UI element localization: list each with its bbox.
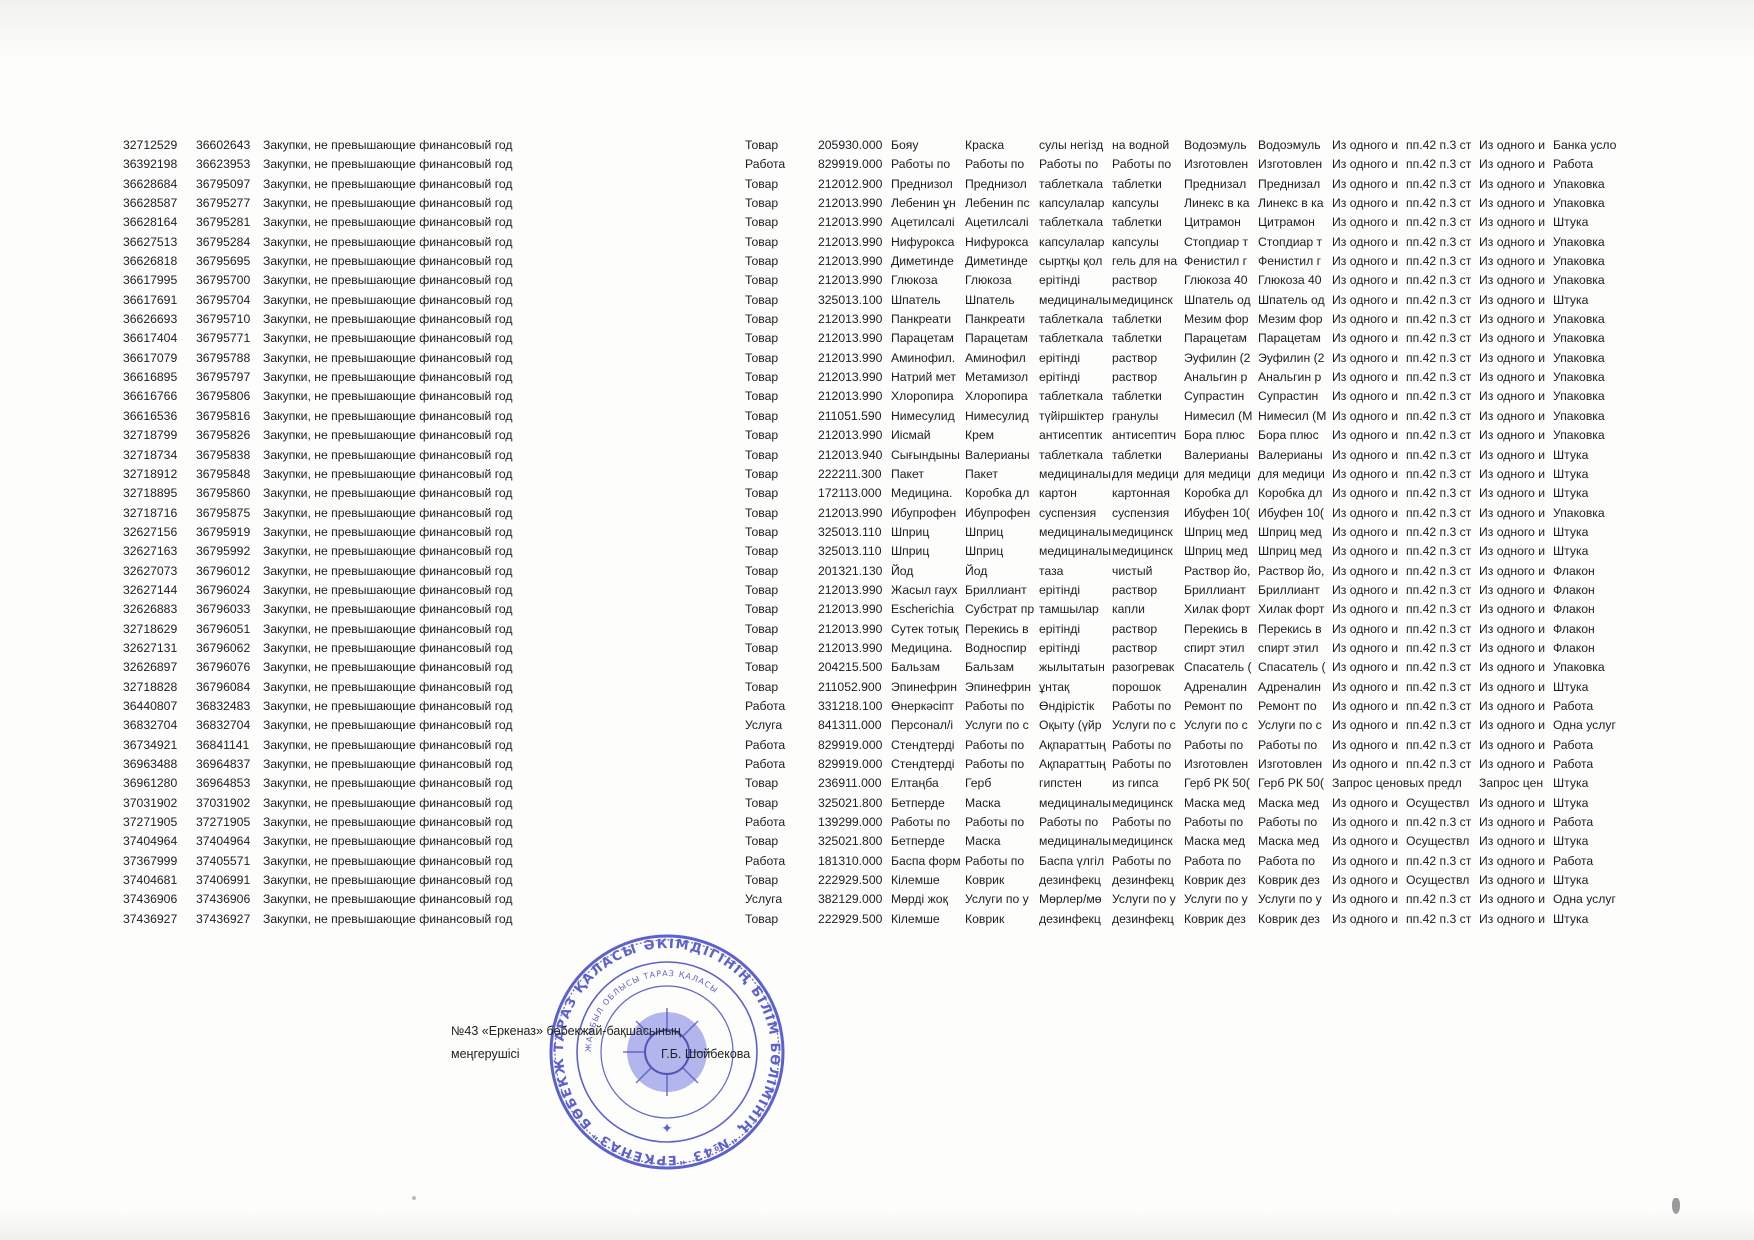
procurement-method-cell: Из одного и <box>1332 620 1405 639</box>
purchase-description-cell: Закупки, не превышающие финансовый год <box>263 620 563 639</box>
purchase-description-cell: Закупки, не превышающие финансовый год <box>263 639 563 658</box>
legal-basis-cell: пп.42 п.3 ст <box>1406 368 1478 387</box>
plan-id-cell: 36795700 <box>196 271 262 290</box>
characteristic-ru-cell: раствор <box>1112 581 1184 600</box>
unit-of-measure-cell: Одна услуг <box>1553 890 1673 909</box>
ktru-code-cell: 212013.990 <box>818 600 890 619</box>
extra-description-kz-cell: Маска мед <box>1184 832 1257 851</box>
extra-description-ru-cell: Изготовлен <box>1258 755 1331 774</box>
name-ru-cell: Эпинефрин <box>965 678 1038 697</box>
procurement-method-2-cell: Из одного и <box>1479 523 1552 542</box>
table-row: 3271252936602643Закупки, не превышающие … <box>0 136 1754 155</box>
extra-description-kz-cell: Работы по <box>1184 736 1257 755</box>
procurement-method-cell: Из одного и <box>1332 639 1405 658</box>
lot-id-cell: 36617404 <box>123 329 193 348</box>
plan-id-cell: 36795788 <box>196 349 262 368</box>
plan-id-cell: 37436927 <box>196 910 262 929</box>
extra-description-ru-cell: Эуфилин (2 <box>1258 349 1331 368</box>
characteristic-ru-cell: таблетки <box>1112 329 1184 348</box>
lot-id-cell: 32627156 <box>123 523 193 542</box>
table-row: 3271873436795838Закупки, не превышающие … <box>0 446 1754 465</box>
ktru-code-cell: 172113.000 <box>818 484 890 503</box>
plan-id-cell: 36795695 <box>196 252 262 271</box>
characteristic-ru-cell: капли <box>1112 600 1184 619</box>
unit-of-measure-cell: Штука <box>1553 832 1673 851</box>
unit-of-measure-cell: Штука <box>1553 484 1673 503</box>
characteristic-kz-cell: түйіршіктер <box>1039 407 1111 426</box>
plan-id-cell: 36795704 <box>196 291 262 310</box>
lot-id-cell: 36963488 <box>123 755 193 774</box>
name-kz-cell: Стендтерді <box>891 755 964 774</box>
ktru-code-cell: 211051.590 <box>818 407 890 426</box>
name-kz-cell: Бояу <box>891 136 964 155</box>
signature-block: №43 «Еркеназ» бөбекжай-бақшасының меңгер… <box>451 1020 750 1066</box>
ktru-code-cell: 325013.110 <box>818 542 890 561</box>
purchase-description-cell: Закупки, не превышающие финансовый год <box>263 794 563 813</box>
procurement-method-cell: Из одного и <box>1332 581 1405 600</box>
characteristic-ru-cell: капсулы <box>1112 194 1184 213</box>
unit-of-measure-cell: Упаковка <box>1553 310 1673 329</box>
extra-description-kz-cell: Преднизал <box>1184 175 1257 194</box>
characteristic-ru-cell: Услуги по с <box>1112 716 1184 735</box>
procurement-method-cell: Из одного и <box>1332 484 1405 503</box>
ktru-code-cell: 212013.990 <box>818 639 890 658</box>
extra-description-ru-cell: Маска мед <box>1258 832 1331 851</box>
procurement-method-2-cell: Из одного и <box>1479 871 1552 890</box>
name-ru-cell: Метамизол <box>965 368 1038 387</box>
ktru-code-cell: 212013.990 <box>818 233 890 252</box>
extra-description-ru-cell: Мезим фор <box>1258 310 1331 329</box>
ktru-code-cell: 212013.990 <box>818 368 890 387</box>
characteristic-ru-cell: медицинск <box>1112 291 1184 310</box>
lot-id-cell: 36617691 <box>123 291 193 310</box>
legal-basis-cell: пп.42 п.3 ст <box>1406 600 1478 619</box>
item-type-cell: Товар <box>745 407 815 426</box>
name-kz-cell: Парацетам <box>891 329 964 348</box>
plan-id-cell: 36795710 <box>196 310 262 329</box>
name-ru-cell: Коврик <box>965 871 1038 890</box>
plan-id-cell: 36964837 <box>196 755 262 774</box>
extra-description-kz-cell: Раствор йо, <box>1184 562 1257 581</box>
legal-basis-cell: пп.42 п.3 ст <box>1406 639 1478 658</box>
procurement-method-cell: Запрос ценовых предл <box>1332 774 1478 793</box>
characteristic-ru-cell: таблетки <box>1112 310 1184 329</box>
purchase-description-cell: Закупки, не превышающие финансовый год <box>263 523 563 542</box>
extra-description-ru-cell: Коробка дл <box>1258 484 1331 503</box>
item-type-cell: Товар <box>745 620 815 639</box>
extra-description-ru-cell: спирт этил <box>1258 639 1331 658</box>
name-ru-cell: Парацетам <box>965 329 1038 348</box>
ktru-code-cell: 222929.500 <box>818 910 890 929</box>
characteristic-kz-cell: ерітінді <box>1039 349 1111 368</box>
name-kz-cell: Панкреати <box>891 310 964 329</box>
procurement-method-cell: Из одного и <box>1332 407 1405 426</box>
plan-id-cell: 36795281 <box>196 213 262 232</box>
characteristic-ru-cell: чистый <box>1112 562 1184 581</box>
plan-id-cell: 36795838 <box>196 446 262 465</box>
scan-edge-top <box>0 0 1754 60</box>
lot-id-cell: 32626883 <box>123 600 193 619</box>
table-row: 3727190537271905Закупки, не превышающие … <box>0 813 1754 832</box>
procurement-method-2-cell: Из одного и <box>1479 426 1552 445</box>
extra-description-kz-cell: Услуги по у <box>1184 890 1257 909</box>
procurement-method-cell: Из одного и <box>1332 368 1405 387</box>
name-ru-cell: Услуги по с <box>965 716 1038 735</box>
table-row: 3661799536795700Закупки, не превышающие … <box>0 271 1754 290</box>
unit-of-measure-cell: Штука <box>1553 213 1673 232</box>
table-row: 3644080736832483Закупки, не превышающие … <box>0 697 1754 716</box>
name-kz-cell: Персонал/і <box>891 716 964 735</box>
unit-of-measure-cell: Штука <box>1553 465 1673 484</box>
name-ru-cell: Работы по <box>965 736 1038 755</box>
characteristic-ru-cell: таблетки <box>1112 213 1184 232</box>
unit-of-measure-cell: Упаковка <box>1553 426 1673 445</box>
legal-basis-cell: пп.42 п.3 ст <box>1406 813 1478 832</box>
ktru-code-cell: 212013.990 <box>818 329 890 348</box>
name-kz-cell: Нимесулид <box>891 407 964 426</box>
table-row: 3740496437404964Закупки, не превышающие … <box>0 832 1754 851</box>
svg-text:✦: ✦ <box>661 1120 673 1136</box>
item-type-cell: Товар <box>745 387 815 406</box>
procurement-method-cell: Из одного и <box>1332 852 1405 871</box>
characteristic-ru-cell: суспензия <box>1112 504 1184 523</box>
procurement-method-2-cell: Из одного и <box>1479 562 1552 581</box>
plan-id-cell: 36795860 <box>196 484 262 503</box>
lot-id-cell: 32627073 <box>123 562 193 581</box>
purchase-description-cell: Закупки, не превышающие финансовый год <box>263 678 563 697</box>
purchase-description-cell: Закупки, не превышающие финансовый год <box>263 426 563 445</box>
legal-basis-cell: пп.42 п.3 ст <box>1406 271 1478 290</box>
extra-description-ru-cell: Шпатель од <box>1258 291 1331 310</box>
name-ru-cell: Маска <box>965 832 1038 851</box>
extra-description-kz-cell: Бриллиант <box>1184 581 1257 600</box>
characteristic-kz-cell: дезинфекц <box>1039 871 1111 890</box>
characteristic-ru-cell: раствор <box>1112 620 1184 639</box>
item-type-cell: Товар <box>745 581 815 600</box>
procurement-method-cell: Из одного и <box>1332 446 1405 465</box>
extra-description-kz-cell: Анальгин р <box>1184 368 1257 387</box>
lot-id-cell: 36628587 <box>123 194 193 213</box>
unit-of-measure-cell: Штука <box>1553 446 1673 465</box>
purchase-description-cell: Закупки, не превышающие финансовый год <box>263 407 563 426</box>
table-row: 3683270436832704Закупки, не превышающие … <box>0 716 1754 735</box>
legal-basis-cell: Осуществл <box>1406 832 1478 851</box>
plan-id-cell: 36796012 <box>196 562 262 581</box>
plan-id-cell: 36795284 <box>196 233 262 252</box>
characteristic-kz-cell: дезинфекц <box>1039 910 1111 929</box>
table-row: 3661676636795806Закупки, не превышающие … <box>0 387 1754 406</box>
name-ru-cell: Работы по <box>965 852 1038 871</box>
plan-id-cell: 37271905 <box>196 813 262 832</box>
lot-id-cell: 37404964 <box>123 832 193 851</box>
name-ru-cell: Нифурокса <box>965 233 1038 252</box>
characteristic-ru-cell: раствор <box>1112 368 1184 387</box>
ktru-code-cell: 211052.900 <box>818 678 890 697</box>
purchase-description-cell: Закупки, не превышающие финансовый год <box>263 581 563 600</box>
characteristic-kz-cell: медициналы <box>1039 523 1111 542</box>
name-ru-cell: Субстрат пр <box>965 600 1038 619</box>
item-type-cell: Товар <box>745 504 815 523</box>
name-kz-cell: Жасыл гаух <box>891 581 964 600</box>
extra-description-ru-cell: Нимесил (М <box>1258 407 1331 426</box>
legal-basis-cell: пп.42 п.3 ст <box>1406 562 1478 581</box>
name-ru-cell: Шприц <box>965 523 1038 542</box>
lot-id-cell: 36628684 <box>123 175 193 194</box>
lot-id-cell: 36616895 <box>123 368 193 387</box>
unit-of-measure-cell: Упаковка <box>1553 368 1673 387</box>
name-kz-cell: Бетперде <box>891 832 964 851</box>
lot-id-cell: 36617995 <box>123 271 193 290</box>
item-type-cell: Товар <box>745 794 815 813</box>
characteristic-ru-cell: раствор <box>1112 271 1184 290</box>
extra-description-kz-cell: Бора плюс <box>1184 426 1257 445</box>
extra-description-kz-cell: Работы по <box>1184 813 1257 832</box>
name-ru-cell: Лебенин пс <box>965 194 1038 213</box>
purchase-description-cell: Закупки, не превышающие финансовый год <box>263 890 563 909</box>
unit-of-measure-cell: Упаковка <box>1553 271 1673 290</box>
ktru-code-cell: 325013.100 <box>818 291 890 310</box>
legal-basis-cell: пп.42 п.3 ст <box>1406 504 1478 523</box>
extra-description-ru-cell: Адреналин <box>1258 678 1331 697</box>
characteristic-ru-cell: таблетки <box>1112 387 1184 406</box>
procurement-method-cell: Из одного и <box>1332 813 1405 832</box>
ktru-code-cell: 205930.000 <box>818 136 890 155</box>
legal-basis-cell: пп.42 п.3 ст <box>1406 890 1478 909</box>
unit-of-measure-cell: Упаковка <box>1553 349 1673 368</box>
characteristic-ru-cell: капсулы <box>1112 233 1184 252</box>
name-kz-cell: Нифурокса <box>891 233 964 252</box>
name-kz-cell: Шприц <box>891 542 964 561</box>
characteristic-kz-cell: капсулалар <box>1039 233 1111 252</box>
name-kz-cell: Работы по <box>891 155 964 174</box>
extra-description-ru-cell: Коврик дез <box>1258 910 1331 929</box>
characteristic-kz-cell: таблеткала <box>1039 175 1111 194</box>
ktru-code-cell: 204215.500 <box>818 658 890 677</box>
procurement-method-cell: Из одного и <box>1332 175 1405 194</box>
characteristic-kz-cell: медициналы <box>1039 465 1111 484</box>
lot-id-cell: 37367999 <box>123 852 193 871</box>
characteristic-ru-cell: раствор <box>1112 349 1184 368</box>
procurement-method-2-cell: Из одного и <box>1479 910 1552 929</box>
procurement-method-2-cell: Из одного и <box>1479 890 1552 909</box>
extra-description-ru-cell: Раствор йо, <box>1258 562 1331 581</box>
plan-id-cell: 36795771 <box>196 329 262 348</box>
procurement-method-cell: Из одного и <box>1332 465 1405 484</box>
procurement-method-cell: Из одного и <box>1332 523 1405 542</box>
procurement-method-cell: Из одного и <box>1332 349 1405 368</box>
extra-description-kz-cell: Хилак форт <box>1184 600 1257 619</box>
table-row: 3262688336796033Закупки, не превышающие … <box>0 600 1754 619</box>
item-type-cell: Товар <box>745 600 815 619</box>
legal-basis-cell: пп.42 п.3 ст <box>1406 213 1478 232</box>
table-row: 3262714436796024Закупки, не превышающие … <box>0 581 1754 600</box>
extra-description-kz-cell: спирт этил <box>1184 639 1257 658</box>
ktru-code-cell: 212013.990 <box>818 194 890 213</box>
characteristic-ru-cell: Работы по <box>1112 755 1184 774</box>
characteristic-ru-cell: Работы по <box>1112 813 1184 832</box>
extra-description-kz-cell: Спасатель ( <box>1184 658 1257 677</box>
unit-of-measure-cell: Работа <box>1553 736 1673 755</box>
extra-description-kz-cell: Фенистил г <box>1184 252 1257 271</box>
extra-description-ru-cell: Услуги по у <box>1258 890 1331 909</box>
procurement-method-cell: Из одного и <box>1332 794 1405 813</box>
item-type-cell: Товар <box>745 368 815 387</box>
legal-basis-cell: пп.42 п.3 ст <box>1406 291 1478 310</box>
purchase-description-cell: Закупки, не превышающие финансовый год <box>263 310 563 329</box>
procurement-method-2-cell: Из одного и <box>1479 600 1552 619</box>
table-row: 3661707936795788Закупки, не превышающие … <box>0 349 1754 368</box>
extra-description-kz-cell: Нимесил (М <box>1184 407 1257 426</box>
ktru-code-cell: 331218.100 <box>818 697 890 716</box>
extra-description-kz-cell: Линекс в ка <box>1184 194 1257 213</box>
characteristic-ru-cell: медицинск <box>1112 832 1184 851</box>
legal-basis-cell: Осуществл <box>1406 794 1478 813</box>
purchase-description-cell: Закупки, не превышающие финансовый год <box>263 271 563 290</box>
item-type-cell: Товар <box>745 329 815 348</box>
table-row: 3662816436795281Закупки, не превышающие … <box>0 213 1754 232</box>
legal-basis-cell: пп.42 п.3 ст <box>1406 716 1478 735</box>
purchase-description-cell: Закупки, не превышающие финансовый год <box>263 658 563 677</box>
table-row: 3271889536795860Закупки, не превышающие … <box>0 484 1754 503</box>
lot-id-cell: 37271905 <box>123 813 193 832</box>
table-row: 3662868436795097Закупки, не превышающие … <box>0 175 1754 194</box>
name-kz-cell: Бетперде <box>891 794 964 813</box>
item-type-cell: Товар <box>745 832 815 851</box>
characteristic-kz-cell: сулы негізд <box>1039 136 1111 155</box>
characteristic-kz-cell: антисептик <box>1039 426 1111 445</box>
lot-id-cell: 36627513 <box>123 233 193 252</box>
unit-of-measure-cell: Штука <box>1553 794 1673 813</box>
procurement-method-2-cell: Из одного и <box>1479 368 1552 387</box>
lot-id-cell: 36734921 <box>123 736 193 755</box>
extra-description-ru-cell: Герб РК 50( <box>1258 774 1331 793</box>
procurement-method-2-cell: Из одного и <box>1479 175 1552 194</box>
item-type-cell: Товар <box>745 252 815 271</box>
procurement-method-cell: Из одного и <box>1332 716 1405 735</box>
purchase-description-cell: Закупки, не превышающие финансовый год <box>263 697 563 716</box>
extra-description-ru-cell: Преднизал <box>1258 175 1331 194</box>
legal-basis-cell: пп.42 п.3 ст <box>1406 310 1478 329</box>
characteristic-ru-cell: Работы по <box>1112 852 1184 871</box>
procurement-method-cell: Из одного и <box>1332 504 1405 523</box>
ktru-code-cell: 212013.990 <box>818 349 890 368</box>
extra-description-ru-cell: Маска мед <box>1258 794 1331 813</box>
extra-description-kz-cell: Супрастин <box>1184 387 1257 406</box>
procurement-method-2-cell: Из одного и <box>1479 813 1552 832</box>
procurement-method-cell: Из одного и <box>1332 678 1405 697</box>
plan-id-cell: 36796084 <box>196 678 262 697</box>
extra-description-kz-cell: Изготовлен <box>1184 755 1257 774</box>
item-type-cell: Услуга <box>745 890 815 909</box>
characteristic-kz-cell: Баспа үлгіл <box>1039 852 1111 871</box>
name-ru-cell: Диметинде <box>965 252 1038 271</box>
extra-description-ru-cell: Фенистил г <box>1258 252 1331 271</box>
name-kz-cell: Шпатель <box>891 291 964 310</box>
lot-id-cell: 36626693 <box>123 310 193 329</box>
extra-description-ru-cell: Глюкоза 40 <box>1258 271 1331 290</box>
characteristic-ru-cell: Работы по <box>1112 155 1184 174</box>
procurement-method-cell: Из одного и <box>1332 736 1405 755</box>
table-row: 3736799937405571Закупки, не превышающие … <box>0 852 1754 871</box>
characteristic-kz-cell: таблеткала <box>1039 310 1111 329</box>
procurement-method-2-cell: Из одного и <box>1479 832 1552 851</box>
lot-id-cell: 32718912 <box>123 465 193 484</box>
name-ru-cell: Краска <box>965 136 1038 155</box>
procurement-method-2-cell: Из одного и <box>1479 310 1552 329</box>
purchase-description-cell: Закупки, не превышающие финансовый год <box>263 813 563 832</box>
lot-id-cell: 32718799 <box>123 426 193 445</box>
purchase-description-cell: Закупки, не превышающие финансовый год <box>263 368 563 387</box>
name-kz-cell: Аминофил. <box>891 349 964 368</box>
lot-id-cell: 32626897 <box>123 658 193 677</box>
procurement-method-cell: Из одного и <box>1332 271 1405 290</box>
name-kz-cell: Өнеркәсіпт <box>891 697 964 716</box>
characteristic-kz-cell: таблеткала <box>1039 387 1111 406</box>
purchase-description-cell: Закупки, не превышающие финансовый год <box>263 252 563 271</box>
procurement-method-cell: Из одного и <box>1332 291 1405 310</box>
procurement-method-2-cell: Из одного и <box>1479 504 1552 523</box>
procurement-method-cell: Из одного и <box>1332 910 1405 929</box>
name-kz-cell: Баспа форм <box>891 852 964 871</box>
lot-id-cell: 37436906 <box>123 890 193 909</box>
table-row: 3743692737436927Закупки, не превышающие … <box>0 910 1754 929</box>
legal-basis-cell: пп.42 п.3 ст <box>1406 755 1478 774</box>
unit-of-measure-cell: Упаковка <box>1553 329 1673 348</box>
extra-description-ru-cell: Ибуфен 10( <box>1258 504 1331 523</box>
table-row: 3271882836796084Закупки, не превышающие … <box>0 678 1754 697</box>
name-kz-cell: Эпинефрин <box>891 678 964 697</box>
characteristic-ru-cell: таблетки <box>1112 446 1184 465</box>
legal-basis-cell: пп.42 п.3 ст <box>1406 175 1478 194</box>
name-kz-cell: Кілемше <box>891 910 964 929</box>
characteristic-kz-cell: таблеткала <box>1039 329 1111 348</box>
item-type-cell: Работа <box>745 755 815 774</box>
extra-description-ru-cell: Работы по <box>1258 813 1331 832</box>
purchase-description-cell: Закупки, не превышающие финансовый год <box>263 484 563 503</box>
name-ru-cell: Бриллиант <box>965 581 1038 600</box>
purchase-description-cell: Закупки, не превышающие финансовый год <box>263 716 563 735</box>
procurement-method-cell: Из одного и <box>1332 755 1405 774</box>
characteristic-ru-cell: гель для на <box>1112 252 1184 271</box>
name-kz-cell: Ибупрофен <box>891 504 964 523</box>
table-row: 3673492136841141Закупки, не превышающие … <box>0 736 1754 755</box>
name-ru-cell: Крем <box>965 426 1038 445</box>
table-row: 3262716336795992Закупки, не превышающие … <box>0 542 1754 561</box>
table-row: 3271871636795875Закупки, не превышающие … <box>0 504 1754 523</box>
plan-id-cell: 36795797 <box>196 368 262 387</box>
name-kz-cell: Мөрді жоқ <box>891 890 964 909</box>
lot-id-cell: 36440807 <box>123 697 193 716</box>
plan-id-cell: 36795826 <box>196 426 262 445</box>
unit-of-measure-cell: Флакон <box>1553 620 1673 639</box>
characteristic-kz-cell: ерітінді <box>1039 639 1111 658</box>
legal-basis-cell: пп.42 п.3 ст <box>1406 136 1478 155</box>
extra-description-kz-cell: Услуги по с <box>1184 716 1257 735</box>
extra-description-ru-cell: Линекс в ка <box>1258 194 1331 213</box>
purchase-description-cell: Закупки, не превышающие финансовый год <box>263 736 563 755</box>
extra-description-ru-cell: Коврик дез <box>1258 871 1331 890</box>
characteristic-ru-cell: картонная <box>1112 484 1184 503</box>
unit-of-measure-cell: Работа <box>1553 852 1673 871</box>
legal-basis-cell: пп.42 п.3 ст <box>1406 581 1478 600</box>
name-ru-cell: Коврик <box>965 910 1038 929</box>
purchase-description-cell: Закупки, не превышающие финансовый год <box>263 832 563 851</box>
signatory-organization: №43 «Еркеназ» бөбекжай-бақшасының <box>451 1020 750 1043</box>
purchase-description-cell: Закупки, не превышающие финансовый год <box>263 600 563 619</box>
ktru-code-cell: 829919.000 <box>818 155 890 174</box>
characteristic-ru-cell: на водной <box>1112 136 1184 155</box>
plan-id-cell: 36795992 <box>196 542 262 561</box>
